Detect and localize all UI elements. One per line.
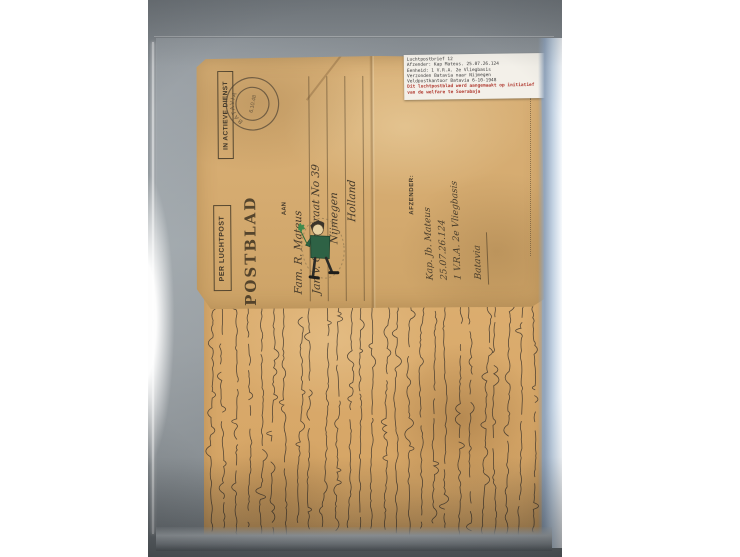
airmail-stamp-text: PER LUCHTPOST <box>219 215 226 281</box>
fold-seam <box>369 56 376 308</box>
address-line: Holland <box>345 74 365 301</box>
postmark-date: 6.10.48 <box>249 95 259 114</box>
sleeve-left-reflection <box>148 130 202 510</box>
postmark-stamp-icon: BATAVIA 6.10.48 <box>221 73 283 135</box>
screenshot-page: IN ACTIEVE DIENST BATAVIA 6.10.48 <box>0 0 740 557</box>
label-line-red: van de welfare te Soerabaja <box>407 88 543 95</box>
sleeve-bottom-edge <box>156 527 552 551</box>
fold-instruction-microtext <box>530 98 531 256</box>
handwritten-letter-page <box>202 281 544 544</box>
sender-line: Batavia <box>471 231 488 285</box>
postmark-city: BATAVIA <box>226 91 250 125</box>
welfare-mascot-icon <box>298 212 347 296</box>
svg-text:BATAVIA: BATAVIA <box>226 91 250 125</box>
form-title: POSTBLAD <box>232 197 269 305</box>
airmail-stamp-box: PER LUCHTPOST <box>213 205 232 291</box>
to-label: AAN <box>278 199 290 219</box>
handwriting-text <box>202 281 544 544</box>
sender-address: Kap. Jb. Mateus 25.07.26.124 1 V.R.A. 2e… <box>422 131 479 284</box>
photograph: IN ACTIEVE DIENST BATAVIA 6.10.48 <box>148 0 562 557</box>
from-label: AFZENDER: <box>406 168 418 222</box>
sleeve-left-edge <box>152 42 154 534</box>
sleeve-right-edge <box>538 38 562 548</box>
collector-label: Luchtpostbrief 12 Afzender: Kap Mateus. … <box>404 53 547 100</box>
